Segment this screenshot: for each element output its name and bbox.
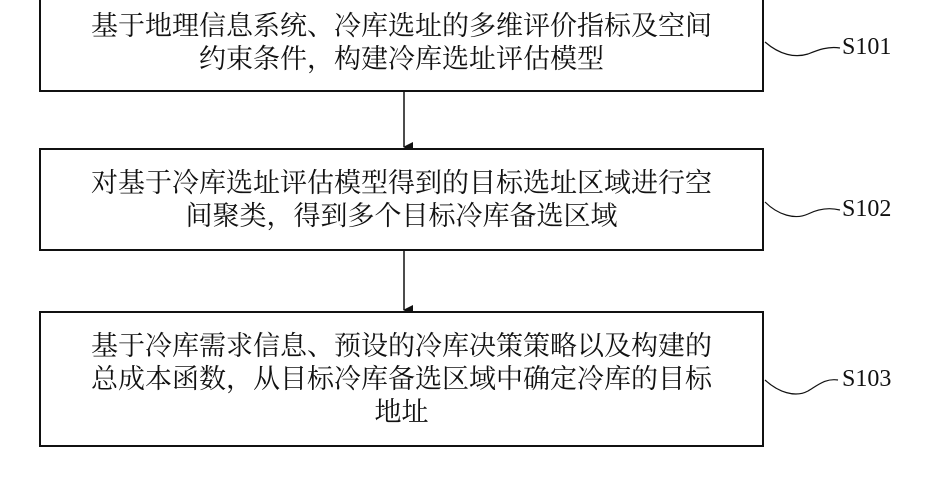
step-text-s101: 基于地理信息系统、冷库选址的多维评价指标及空间 约束条件，构建冷库选址评估模型 bbox=[91, 10, 712, 76]
leader-s101 bbox=[765, 42, 840, 56]
step-label-s101: S101 bbox=[842, 34, 891, 61]
step-text-s102: 对基于冷库选址评估模型得到的目标选址区域进行空 间聚类，得到多个目标冷库备选区域 bbox=[91, 167, 712, 233]
step-label-s103: S103 bbox=[842, 366, 891, 393]
step-box-s103: 基于冷库需求信息、预设的冷库决策策略以及构建的 总成本函数，从目标冷库备选区域中… bbox=[39, 311, 764, 447]
leader-s102 bbox=[765, 202, 840, 217]
step-box-s101: 基于地理信息系统、冷库选址的多维评价指标及空间 约束条件，构建冷库选址评估模型 bbox=[39, 0, 764, 92]
step-box-s102: 对基于冷库选址评估模型得到的目标选址区域进行空 间聚类，得到多个目标冷库备选区域 bbox=[39, 148, 764, 251]
step-text-s103: 基于冷库需求信息、预设的冷库决策策略以及构建的 总成本函数，从目标冷库备选区域中… bbox=[91, 330, 712, 429]
leader-s103 bbox=[765, 380, 838, 394]
step-label-s102: S102 bbox=[842, 196, 891, 223]
